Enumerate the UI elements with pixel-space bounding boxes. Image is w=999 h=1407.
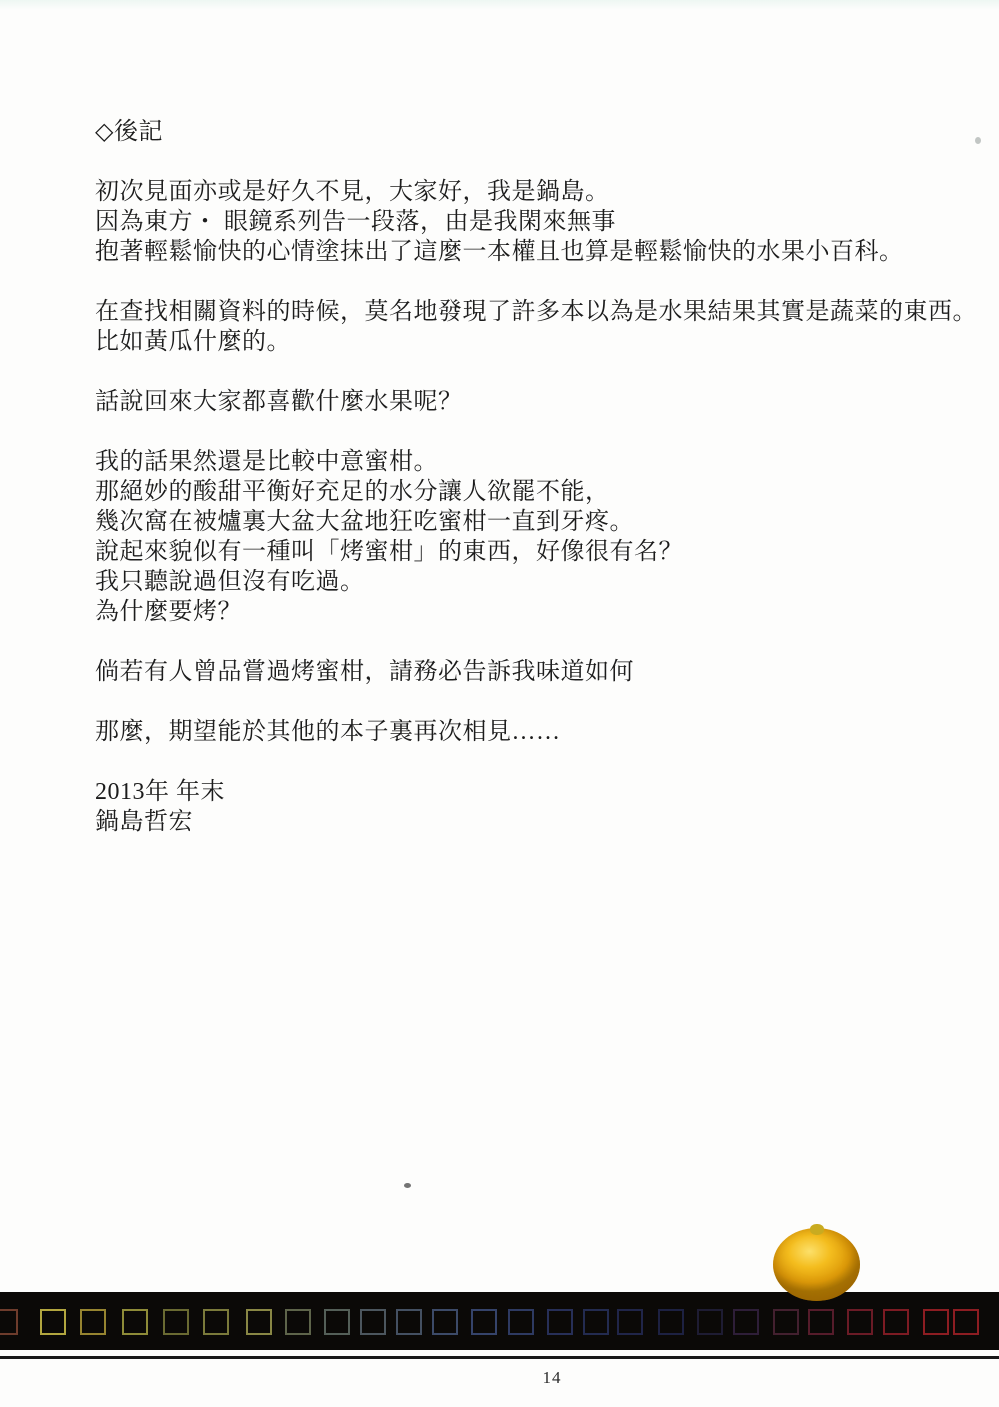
outline-square [163, 1309, 189, 1335]
outline-square [923, 1309, 949, 1335]
text-line: 初次見面亦或是好久不見，大家好，我是鍋島。 [95, 177, 975, 207]
outline-square [471, 1309, 497, 1335]
text-line: 說起來貌似有一種叫「烤蜜柑」的東西，好像很有名？ [95, 537, 975, 567]
outline-square [733, 1309, 759, 1335]
outline-square [396, 1309, 422, 1335]
scan-edge-artifact [0, 0, 999, 10]
outline-square [246, 1309, 272, 1335]
blank-line [95, 627, 975, 657]
text-line: 話說回來大家都喜歡什麼水果呢？ [95, 387, 975, 417]
outline-square [617, 1309, 643, 1335]
outline-square [658, 1309, 684, 1335]
outline-square [80, 1309, 106, 1335]
text-line: 我只聽說過但沒有吃過。 [95, 567, 975, 597]
blank-line [95, 147, 975, 177]
afterword-text: ◇後記初次見面亦或是好久不見，大家好，我是鍋島。因為東方・ 眼鏡系列告一段落，由… [95, 117, 975, 837]
text-line: 幾次窩在被爐裏大盆大盆地狂吃蜜柑一直到牙疼。 [95, 507, 975, 537]
blank-line [95, 747, 975, 777]
outline-square [697, 1309, 723, 1335]
footer-decoration-bar [0, 1292, 999, 1350]
outline-square [432, 1309, 458, 1335]
outline-square [808, 1309, 834, 1335]
outline-square [883, 1309, 909, 1335]
afterword-title: ◇後記 [95, 117, 975, 147]
blank-line [95, 417, 975, 447]
outline-square [953, 1309, 979, 1335]
outline-square [40, 1309, 66, 1335]
outline-square [508, 1309, 534, 1335]
footer-rule-line [0, 1356, 999, 1359]
outline-square [285, 1309, 311, 1335]
outline-square [0, 1309, 18, 1335]
orange-stem [810, 1224, 824, 1235]
text-line: 2013年 年末 [95, 777, 975, 807]
text-line: 那絕妙的酸甜平衡好充足的水分讓人欲罷不能， [95, 477, 975, 507]
text-line: 為什麼要烤？ [95, 597, 975, 627]
outline-square [203, 1309, 229, 1335]
blank-line [95, 357, 975, 387]
scan-speck [975, 137, 981, 144]
outline-square [583, 1309, 609, 1335]
outline-square [122, 1309, 148, 1335]
text-line: 比如黃瓜什麼的。 [95, 327, 975, 357]
scan-speck [404, 1183, 411, 1188]
outline-square [360, 1309, 386, 1335]
blank-line [95, 687, 975, 717]
text-line: 抱著輕鬆愉快的心情塗抹出了這麼一本權且也算是輕鬆愉快的水果小百科。 [95, 237, 975, 267]
text-line: 鍋島哲宏 [95, 807, 975, 837]
text-line: 那麼，期望能於其他的本子裏再次相見…… [95, 717, 975, 747]
outline-square [324, 1309, 350, 1335]
text-line: 因為東方・ 眼鏡系列告一段落，由是我閑來無事 [95, 207, 975, 237]
blank-line [95, 267, 975, 297]
mandarin-orange-image [773, 1228, 860, 1301]
text-line: 我的話果然還是比較中意蜜柑。 [95, 447, 975, 477]
page-number: 14 [512, 1368, 592, 1388]
outline-square [547, 1309, 573, 1335]
scanned-afterword-page: ◇後記初次見面亦或是好久不見，大家好，我是鍋島。因為東方・ 眼鏡系列告一段落，由… [0, 0, 999, 1407]
text-line: 倘若有人曾品嘗過烤蜜柑，請務必告訴我味道如何 [95, 657, 975, 687]
outline-square [847, 1309, 873, 1335]
outline-square [773, 1309, 799, 1335]
text-line: 在查找相關資料的時候，莫名地發現了許多本以為是水果結果其實是蔬菜的東西。 [95, 297, 975, 327]
